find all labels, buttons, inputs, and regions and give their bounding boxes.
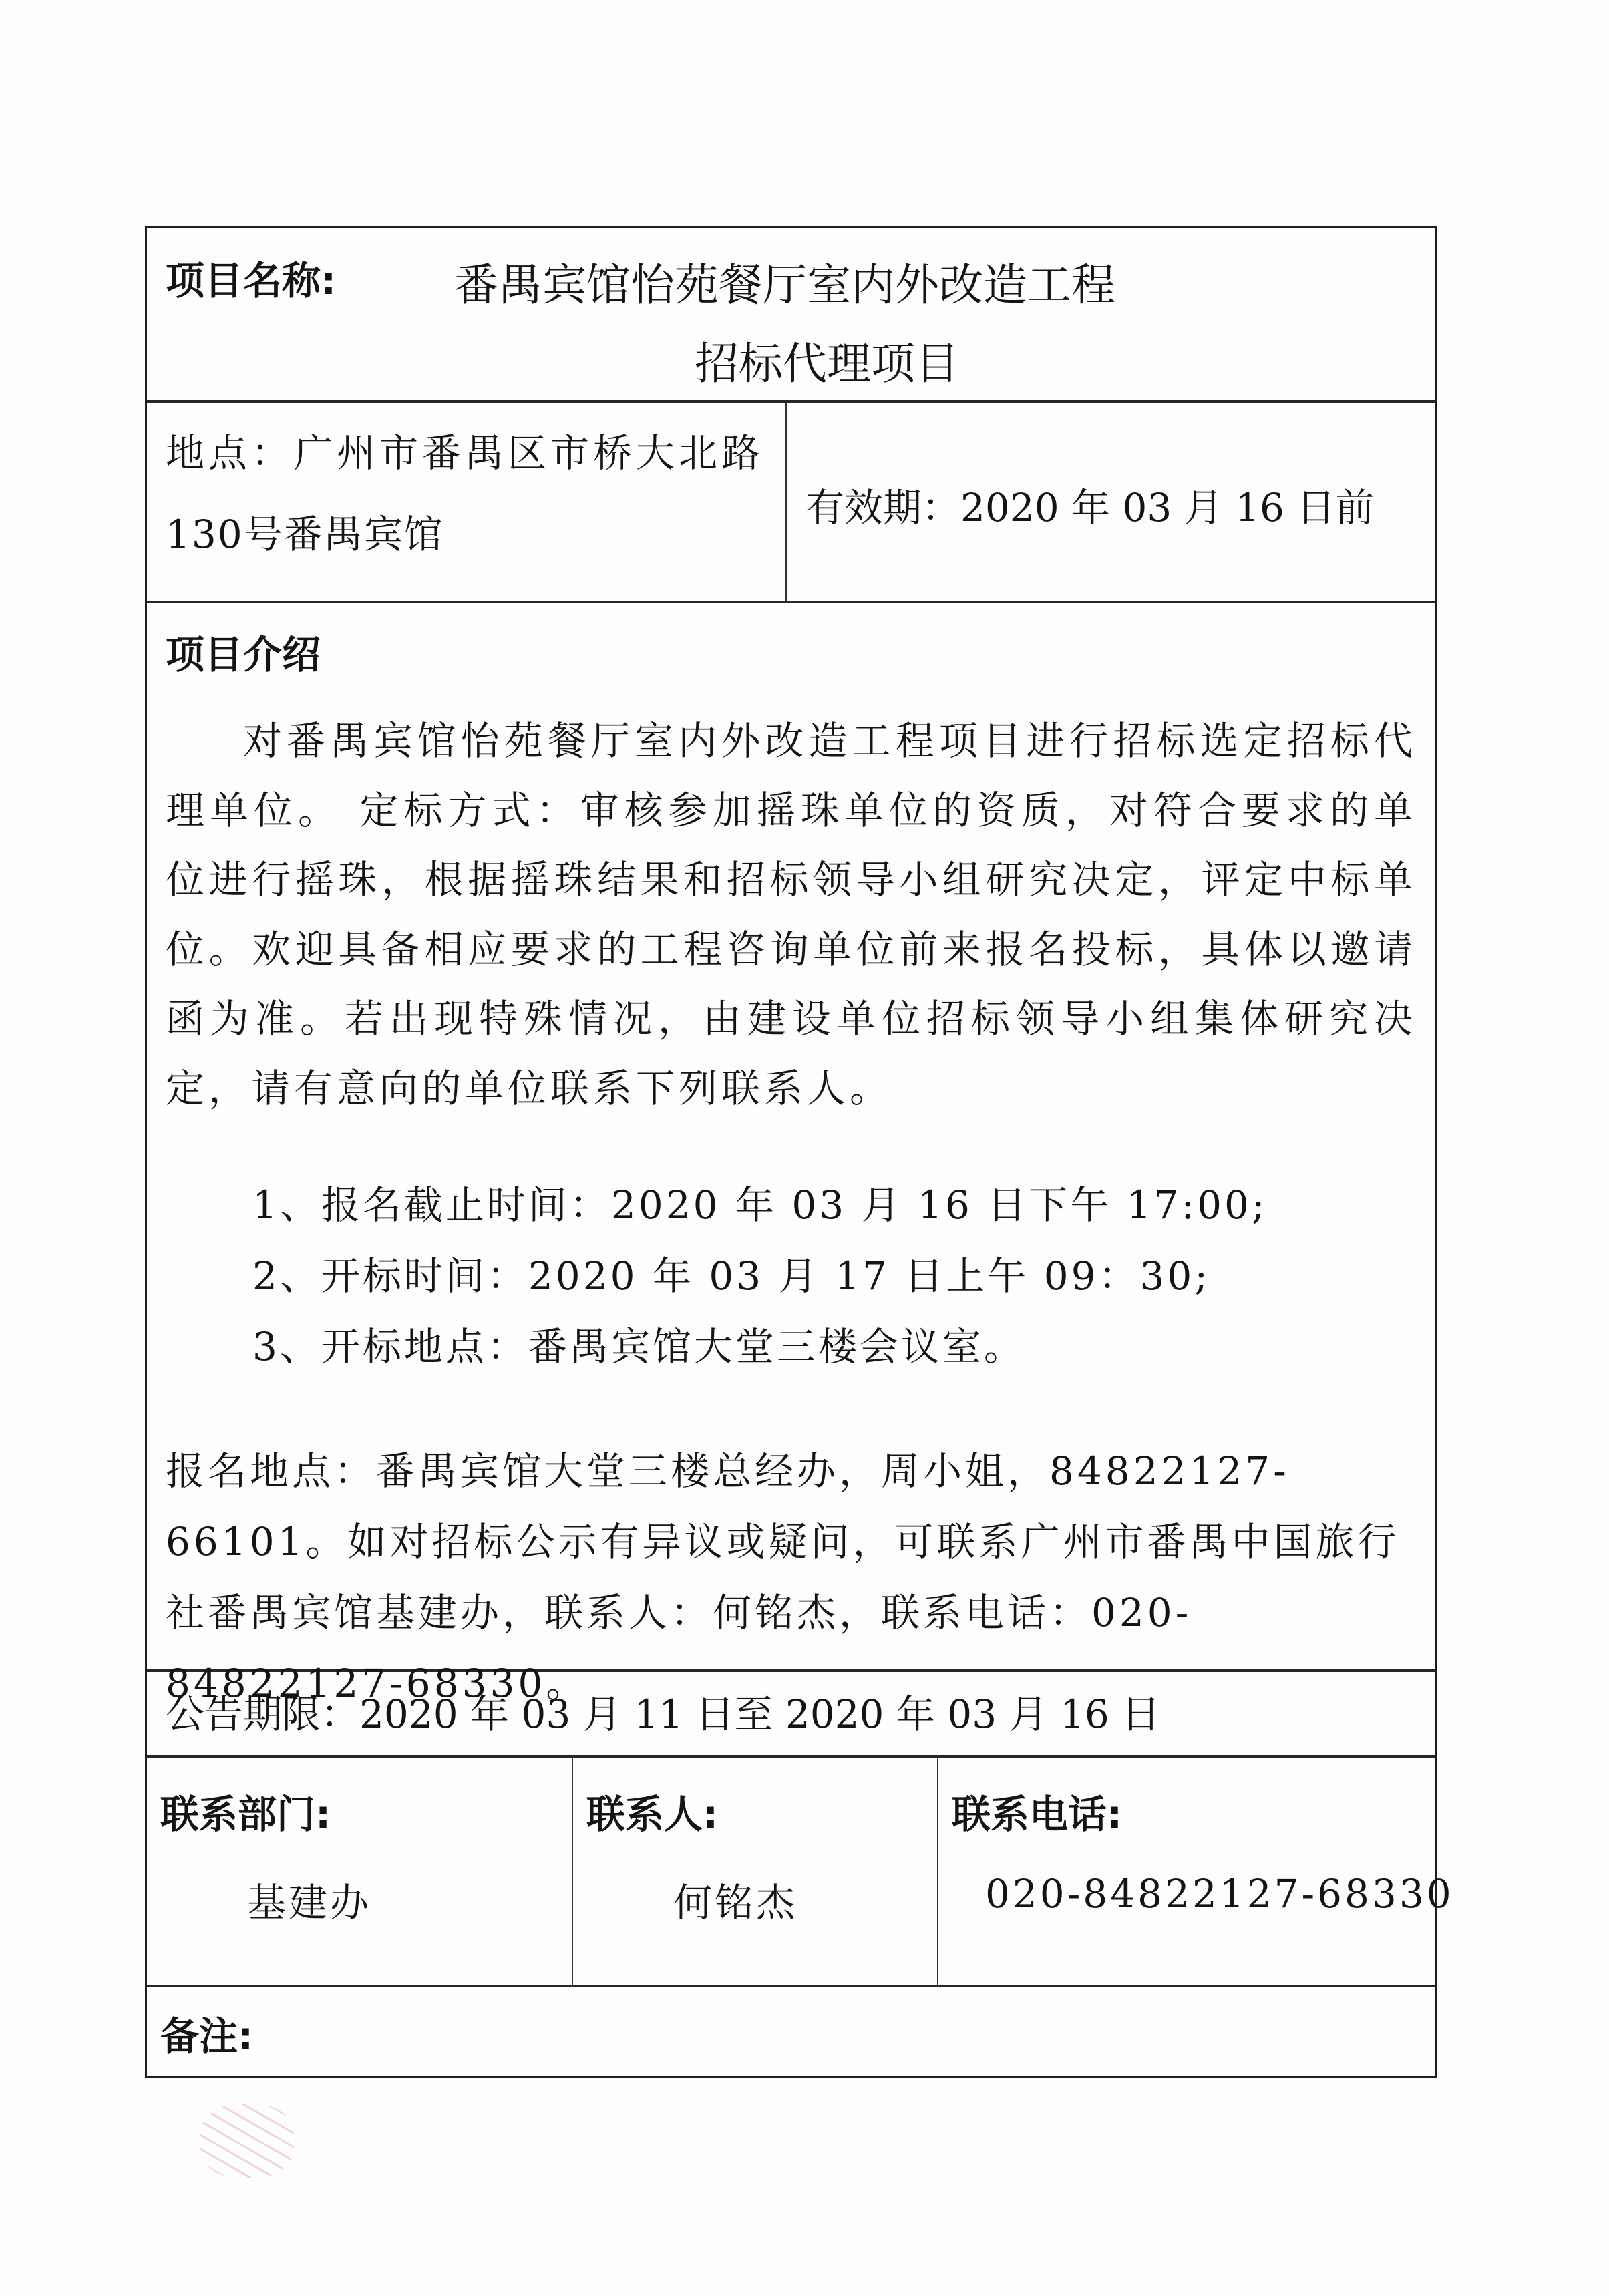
location-line2: 130号番禺宾馆 (166, 503, 444, 559)
contact-phone-label: 联系电话: (952, 1783, 1122, 1839)
schedule-item-deadline: 1、报名截止时间：2020 年 03 月 16 日下午 17:00; (252, 1170, 1417, 1241)
contact-person-label: 联系人: (586, 1783, 718, 1839)
intro-heading: 项目介绍 (166, 623, 1417, 679)
schedule-list: 1、报名截止时间：2020 年 03 月 16 日下午 17:00; 2、开标时… (166, 1170, 1417, 1382)
tender-notice-table: 项目名称: 番禺宾馆怡苑餐厅室内外改造工程 招标代理项目 地点：广州市番禺区市桥… (145, 226, 1437, 2078)
contact-dept-value: 基建办 (247, 1871, 371, 1927)
location-validity-row: 地点：广州市番禺区市桥大北路 130号番禺宾馆 有效期：2020 年 03 月 … (147, 403, 1435, 603)
project-intro-row: 项目介绍 对番禺宾馆怡苑餐厅室内外改造工程项目进行招标选定招标代理单位。 定标方… (147, 603, 1435, 1672)
project-title-line1: 番禺宾馆怡苑餐厅室内外改造工程 (454, 249, 1115, 313)
remark-label: 备注: (160, 2013, 253, 2059)
contact-phone-cell: 联系电话: 020-84822127-68330 (938, 1758, 1435, 1985)
schedule-item-opening-place: 3、开标地点：番禺宾馆大堂三楼会议室。 (252, 1311, 1417, 1382)
project-name-label: 项目名称: (166, 249, 336, 305)
project-name-row: 项目名称: 番禺宾馆怡苑餐厅室内外改造工程 招标代理项目 (147, 228, 1435, 403)
contact-dept-label: 联系部门: (160, 1783, 331, 1839)
contact-person-value: 何铭杰 (673, 1871, 797, 1927)
schedule-item-opening-time: 2、开标时间：2020 年 03 月 17 日上午 09：30; (252, 1241, 1417, 1311)
contact-dept-cell: 联系部门: 基建办 (147, 1758, 573, 1985)
validity-cell: 有效期：2020 年 03 月 16 日前 (787, 403, 1435, 601)
intro-paragraph: 对番禺宾馆怡苑餐厅室内外改造工程项目进行招标选定招标代理单位。 定标方式：审核参… (166, 706, 1417, 1123)
project-title-line2: 招标代理项目 (695, 328, 959, 391)
contact-person-cell: 联系人: 何铭杰 (573, 1758, 938, 1985)
contact-phone-value: 020-84822127-68330 (985, 1871, 1454, 1917)
location-line1: 地点：广州市番禺区市桥大北路 (166, 422, 764, 478)
notice-period-row: 公告期限：2020 年 03 月 11 日至 2020 年 03 月 16 日 (147, 1672, 1435, 1758)
notice-period-text: 公告期限：2020 年 03 月 11 日至 2020 年 03 月 16 日 (166, 1691, 1160, 1737)
validity-text: 有效期：2020 年 03 月 16 日前 (806, 476, 1374, 532)
remark-row: 备注: (147, 1987, 1435, 2076)
location-cell: 地点：广州市番禺区市桥大北路 130号番禺宾馆 (147, 403, 787, 601)
faint-stamp-mark (200, 2104, 294, 2178)
contact-row: 联系部门: 基建办 联系人: 何铭杰 联系电话: 020-84822127-68… (147, 1758, 1435, 1987)
